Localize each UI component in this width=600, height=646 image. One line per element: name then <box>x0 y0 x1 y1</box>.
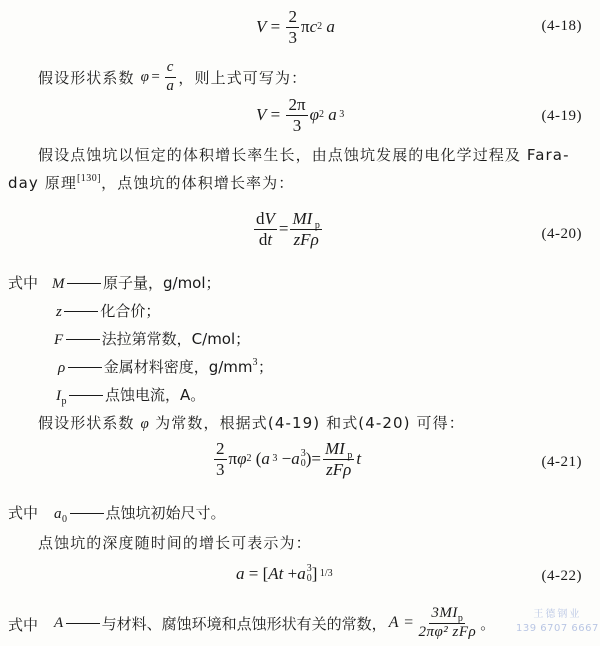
paragraph-depth-growth: 点蚀坑的深度随时间的增长可表示为： <box>38 532 312 553</box>
formula-denominator: 2πφ² zFρ <box>416 624 478 641</box>
em-dash <box>69 395 103 396</box>
subscript: 0 <box>62 514 68 525</box>
paragraph-growth-rate-line1: 假设点蚀坑以恒定的体积增长率生长，由点蚀坑发展的电化学过程及 Fara- <box>38 144 570 165</box>
paragraph-growth-rate-line2: day 原理[130]，点蚀坑的体积增长率为： <box>8 172 294 193</box>
text: day 原理 <box>8 174 77 192</box>
definition-text: 化合价； <box>100 302 160 320</box>
symbol: a <box>54 506 62 522</box>
watermark-company: 王德钢业 <box>516 608 599 622</box>
paragraph-shape-factor: 假设形状系数 φ = ca ，则上式可写为： <box>38 60 307 95</box>
paragraph-constant-shape: 假设形状系数 φ 为常数，根据式(4-19) 和式(4-20) 可得： <box>38 412 465 433</box>
definition-text: 点蚀电流，A。 <box>105 386 205 404</box>
equation-expression: 23πφ2 (a 3 −a30)=MI pzFρt <box>212 440 361 479</box>
symbol: ρ <box>58 360 66 376</box>
text: ，则上式可写为： <box>178 67 307 88</box>
subscript: p <box>62 396 68 407</box>
frac-num: c <box>165 60 176 78</box>
definition-text: 金属材料密度，g/mm <box>104 358 253 376</box>
text: 假设形状系数 <box>38 67 135 88</box>
em-dash <box>67 283 101 284</box>
text: 点蚀坑的深度随时间的增长可表示为： <box>38 534 312 552</box>
em-dash <box>70 513 104 514</box>
equation-4-19: V = 2π3φ2 a 3 (4-19) <box>0 94 600 144</box>
em-dash <box>64 311 98 312</box>
equation-expression: V = 23πc2 a <box>256 8 335 47</box>
phi-symbol: φ <box>140 416 149 432</box>
definition-text: 法拉第常数，C/mol； <box>102 330 251 348</box>
symbol: A <box>54 615 64 632</box>
equation-number: (4-20) <box>542 226 583 243</box>
em-dash <box>68 367 102 368</box>
equation-4-18: V = 23πc2 a (4-18) <box>0 6 600 56</box>
citation-ref[interactable]: [130] <box>77 173 101 184</box>
symbol: M <box>52 276 65 292</box>
definition-M: M原子量，g/mol； <box>52 272 221 293</box>
symbol: z <box>56 304 62 320</box>
equation-number: (4-18) <box>542 18 583 35</box>
em-dash <box>66 623 100 624</box>
equation-4-20: dVdt=MI pzFρ (4-20) <box>0 208 600 258</box>
where-label: 式中 <box>8 502 38 523</box>
where-label: 式中 <box>8 272 38 293</box>
equation-expression: a = [At +a30] 1/3 <box>236 564 333 584</box>
equation-number: (4-21) <box>542 454 583 471</box>
em-dash <box>66 339 100 340</box>
text: 假设点蚀坑以恒定的体积增长率生长，由点蚀坑发展的电化学过程及 Fara- <box>38 146 570 164</box>
definition-F: F法拉第常数，C/mol； <box>54 328 250 349</box>
definition-Ip: Ip点蚀电流，A。 <box>56 384 205 405</box>
definition-text: 点蚀坑初始尺寸。 <box>106 504 226 522</box>
equals: = <box>151 69 160 86</box>
phi-symbol: φ <box>141 69 150 86</box>
definition-tail: 。 <box>480 613 495 634</box>
formula-lhs: A = <box>389 614 415 632</box>
equation-4-21: 23πφ2 (a 3 −a30)=MI pzFρt (4-21) <box>0 438 600 488</box>
equation-number: (4-22) <box>542 568 583 585</box>
definition-a0: a0点蚀坑初始尺寸。 <box>54 502 226 523</box>
frac-den: a <box>164 78 176 95</box>
definition-z: z化合价； <box>56 300 160 321</box>
watermark: 王德钢业 139 6707 6667 <box>516 608 599 635</box>
definition-text: 与材料、腐蚀环境和点蚀形状有关的常数， <box>102 613 387 634</box>
definition-A: A与材料、腐蚀环境和点蚀形状有关的常数， A = 3MIp 2πφ² zFρ 。 <box>54 600 495 646</box>
text: 为常数，根据式(4-19) 和式(4-20) 可得： <box>155 414 465 432</box>
formula-numerator: 3MI <box>431 605 458 621</box>
definition-rho: ρ金属材料密度，g/mm3； <box>58 356 273 377</box>
definition-text: 原子量，g/mol； <box>103 274 221 292</box>
subscript: p <box>458 613 464 624</box>
definition-tail: ； <box>258 358 273 376</box>
equation-expression: dVdt=MI pzFρ <box>252 210 324 249</box>
symbol: F <box>54 332 64 348</box>
text: 假设形状系数 <box>38 414 135 432</box>
text: ，点蚀坑的体积增长率为： <box>101 174 294 192</box>
equation-number: (4-19) <box>542 108 583 125</box>
watermark-phone: 139 6707 6667 <box>516 622 599 636</box>
equation-expression: V = 2π3φ2 a 3 <box>256 96 344 135</box>
where-label: 式中 <box>8 614 38 635</box>
